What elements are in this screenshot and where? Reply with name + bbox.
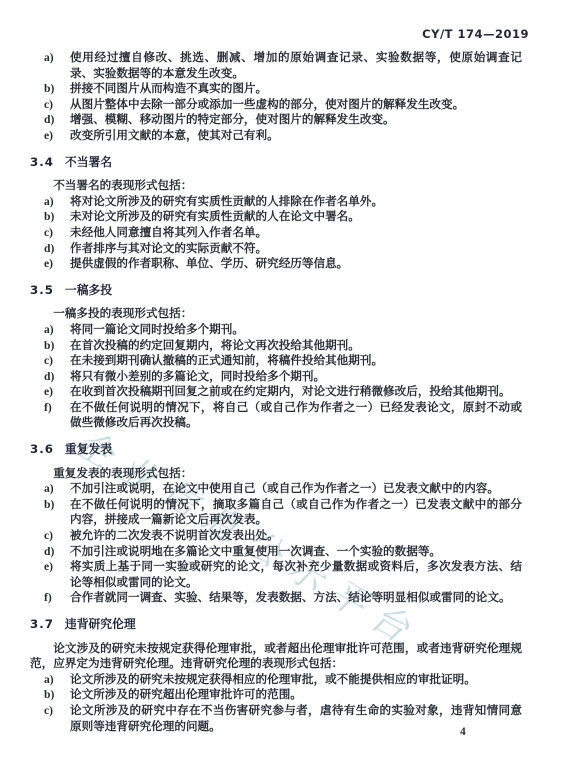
section-number: 3.7 [30,617,54,631]
item-label: c) [44,528,53,544]
section: 3.7违背研究伦理 论文涉及的研究未按规定获得伦理审批，或者超出伦理审批许可范围… [30,617,522,734]
document-body: a) 使用经过擅自修改、挑选、删减、增加的原始调查记录、实验数据等，使原始调查记… [30,50,522,734]
list-item: d) 作者排序与其对论文的实际贡献不符。 [30,241,522,257]
list-item: c) 论文所涉及的研究中存在不当伤害研究参与者，虐待有生命的实验对象，违背知情同… [30,703,522,734]
section-intro: 一稿多投的表现形式包括： [30,306,522,322]
list-item: a) 论文所涉及的研究未按规定获得相应的伦理审批，或不能提供相应的审批证明。 [30,672,522,688]
list-item: e) 提供虚假的作者职称、单位、学历、研究经历等信息。 [30,256,522,272]
item-text: 将只有微小差别的多篇论文，同时投给多个期刊。 [70,370,325,383]
item-text: 论文所涉及的研究未按规定获得相应的伦理审批，或不能提供相应的审批证明。 [70,673,476,686]
item-list: a) 使用经过擅自修改、挑选、删减、增加的原始调查记录、实验数据等，使原始调查记… [30,50,522,144]
item-text: 在未接到期刊确认撤稿的正式通知前，将稿件投给其他期刊。 [70,354,383,367]
list-item: a) 使用经过擅自修改、挑选、删减、增加的原始调查记录、实验数据等，使原始调查记… [30,50,522,81]
list-item: d) 不加引注或说明地在多篇论文中重复使用一次调查、一个实验的数据等。 [30,544,522,560]
item-text: 在不做任何说明的情况下，将自己（或自己作为作者之一）已经发表论文，原封不动或做些… [70,401,522,430]
item-list: a) 将对论文所涉及的研究有实质性贡献的人排除在作者名单外。 b) 未对论文所涉… [30,194,522,272]
list-item: c) 未经他人同意擅自将其列入作者名单。 [30,225,522,241]
section-number: 3.6 [30,442,54,456]
list-item: f) 在不做任何说明的情况下，将自己（或自己作为作者之一）已经发表论文，原封不动… [30,400,522,431]
item-text: 将同一篇论文同时投给多个期刊。 [70,323,244,336]
item-text: 作者排序与其对论文的实际贡献不符。 [70,242,267,255]
document-page: 企业信息公示平台 CY/T 174—2019 a) 使用经过擅自修改、挑选、删减… [0,0,583,773]
item-label: c) [44,703,53,719]
item-label: e) [44,384,53,400]
item-text: 在首次投稿的约定回复期内，将论文再次投给其他期刊。 [70,339,360,352]
section: 3.4不当署名 不当署名的表现形式包括： a) 将对论文所涉及的研究有实质性贡献… [30,155,522,272]
item-text: 将实质上基于同一实验或研究的论文，每次补充少量数据或资料后，多次发表方法、结论等… [70,560,522,589]
list-item: f) 合作者就同一调查、实验、结果等，发表数据、方法、结论等明显相似或雷同的论文… [30,590,522,606]
item-text: 不加引注或说明，在论文中使用自己（或自己作为作者之一）已发表文献中的内容。 [70,482,499,495]
item-label: d) [44,241,54,257]
section-heading: 3.5一稿多投 [30,283,522,299]
item-text: 改变所引用文献的本意，使其对己有利。 [70,129,279,142]
section: a) 使用经过擅自修改、挑选、删减、增加的原始调查记录、实验数据等，使原始调查记… [30,50,522,144]
item-label: d) [44,112,54,128]
section-title: 违背研究伦理 [65,617,136,631]
item-list: a) 不加引注或说明，在论文中使用自己（或自己作为作者之一）已发表文献中的内容。… [30,481,522,606]
item-label: e) [44,256,53,272]
list-item: a) 将同一篇论文同时投给多个期刊。 [30,322,522,338]
list-item: c) 被允许的二次发表不说明首次发表出处。 [30,528,522,544]
item-label: b) [44,687,54,703]
item-label: b) [44,497,54,513]
section-number: 3.5 [30,283,54,297]
section-intro: 论文涉及的研究未按规定获得伦理审批，或者超出伦理审批许可范围，或者违背研究伦理规… [30,641,522,672]
section-heading: 3.6重复发表 [30,442,522,458]
item-text: 合作者就同一调查、实验、结果等，发表数据、方法、结论等明显相似或雷同的论文。 [70,591,511,604]
page-number: 4 [460,726,466,738]
item-label: a) [44,322,54,338]
item-text: 拼接不同图片从而构造不真实的图片。 [70,82,267,95]
item-label: c) [44,225,53,241]
list-item: b) 未对论文所涉及的研究有实质性贡献的人在论文中署名。 [30,209,522,225]
item-label: f) [44,400,52,416]
list-item: a) 不加引注或说明，在论文中使用自己（或自己作为作者之一）已发表文献中的内容。 [30,481,522,497]
item-text: 未对论文所涉及的研究有实质性贡献的人在论文中署名。 [70,210,360,223]
item-label: a) [44,672,54,688]
list-item: a) 将对论文所涉及的研究有实质性贡献的人排除在作者名单外。 [30,194,522,210]
item-text: 在收到首次投稿期刊回复之前或在约定期内，对论文进行稍微修改后，投给其他期刊。 [70,385,511,398]
item-list: a) 将同一篇论文同时投给多个期刊。 b) 在首次投稿的约定回复期内，将论文再次… [30,322,522,431]
item-label: e) [44,559,53,575]
section-title: 重复发表 [65,442,112,456]
list-item: e) 改变所引用文献的本意，使其对己有利。 [30,128,522,144]
standard-number-header: CY/T 174—2019 [422,27,529,41]
item-text: 论文所涉及的研究中存在不当伤害研究参与者，虐待有生命的实验对象，违背知情同意原则… [70,704,522,733]
section-heading: 3.4不当署名 [30,155,522,171]
item-label: b) [44,209,54,225]
item-text: 增强、模糊、移动图片的特定部分，使对图片的解释发生改变。 [70,113,395,126]
section: 3.5一稿多投 一稿多投的表现形式包括： a) 将同一篇论文同时投给多个期刊。 … [30,283,522,431]
item-text: 不加引注或说明地在多篇论文中重复使用一次调查、一个实验的数据等。 [70,545,441,558]
item-text: 论文所涉及的研究超出伦理审批许可的范围。 [70,688,302,701]
item-label: e) [44,128,53,144]
item-label: b) [44,81,54,97]
item-text: 在不做任何说明的情况下，摘取多篇自己（或自己作为作者之一）已发表文献中的部分内容… [70,498,522,527]
item-text: 使用经过擅自修改、挑选、删减、增加的原始调查记录、实验数据等，使原始调查记录、实… [70,51,522,80]
item-text: 从图片整体中去除一部分或添加一些虚构的部分，使对图片的解释发生改变。 [70,98,464,111]
section-number: 3.4 [30,155,54,169]
section-intro: 不当署名的表现形式包括： [30,178,522,194]
item-label: a) [44,481,54,497]
section-title: 不当署名 [65,155,112,169]
item-label: a) [44,50,54,66]
list-item: e) 在收到首次投稿期刊回复之前或在约定期内，对论文进行稍微修改后，投给其他期刊… [30,384,522,400]
section-heading: 3.7违背研究伦理 [30,617,522,633]
item-label: f) [44,590,52,606]
section-intro: 重复发表的表现形式包括： [30,466,522,482]
item-label: b) [44,338,54,354]
list-item: c) 从图片整体中去除一部分或添加一些虚构的部分，使对图片的解释发生改变。 [30,97,522,113]
list-item: b) 在不做任何说明的情况下，摘取多篇自己（或自己作为作者之一）已发表文献中的部… [30,497,522,528]
list-item: d) 增强、模糊、移动图片的特定部分，使对图片的解释发生改变。 [30,112,522,128]
item-label: d) [44,544,54,560]
item-label: a) [44,194,54,210]
item-text: 被允许的二次发表不说明首次发表出处。 [70,529,279,542]
list-item: e) 将实质上基于同一实验或研究的论文，每次补充少量数据或资料后，多次发表方法、… [30,559,522,590]
list-item: d) 将只有微小差别的多篇论文，同时投给多个期刊。 [30,369,522,385]
item-label: c) [44,353,53,369]
list-item: b) 拼接不同图片从而构造不真实的图片。 [30,81,522,97]
item-text: 提供虚假的作者职称、单位、学历、研究经历等信息。 [70,257,348,270]
item-text: 未经他人同意擅自将其列入作者名单。 [70,226,267,239]
item-text: 将对论文所涉及的研究有实质性贡献的人排除在作者名单外。 [70,195,383,208]
item-label: c) [44,97,53,113]
item-label: d) [44,369,54,385]
list-item: b) 在首次投稿的约定回复期内，将论文再次投给其他期刊。 [30,338,522,354]
list-item: b) 论文所涉及的研究超出伦理审批许可的范围。 [30,687,522,703]
list-item: c) 在未接到期刊确认撤稿的正式通知前，将稿件投给其他期刊。 [30,353,522,369]
item-list: a) 论文所涉及的研究未按规定获得相应的伦理审批，或不能提供相应的审批证明。 b… [30,672,522,734]
section: 3.6重复发表 重复发表的表现形式包括： a) 不加引注或说明，在论文中使用自己… [30,442,522,606]
section-title: 一稿多投 [65,283,112,297]
